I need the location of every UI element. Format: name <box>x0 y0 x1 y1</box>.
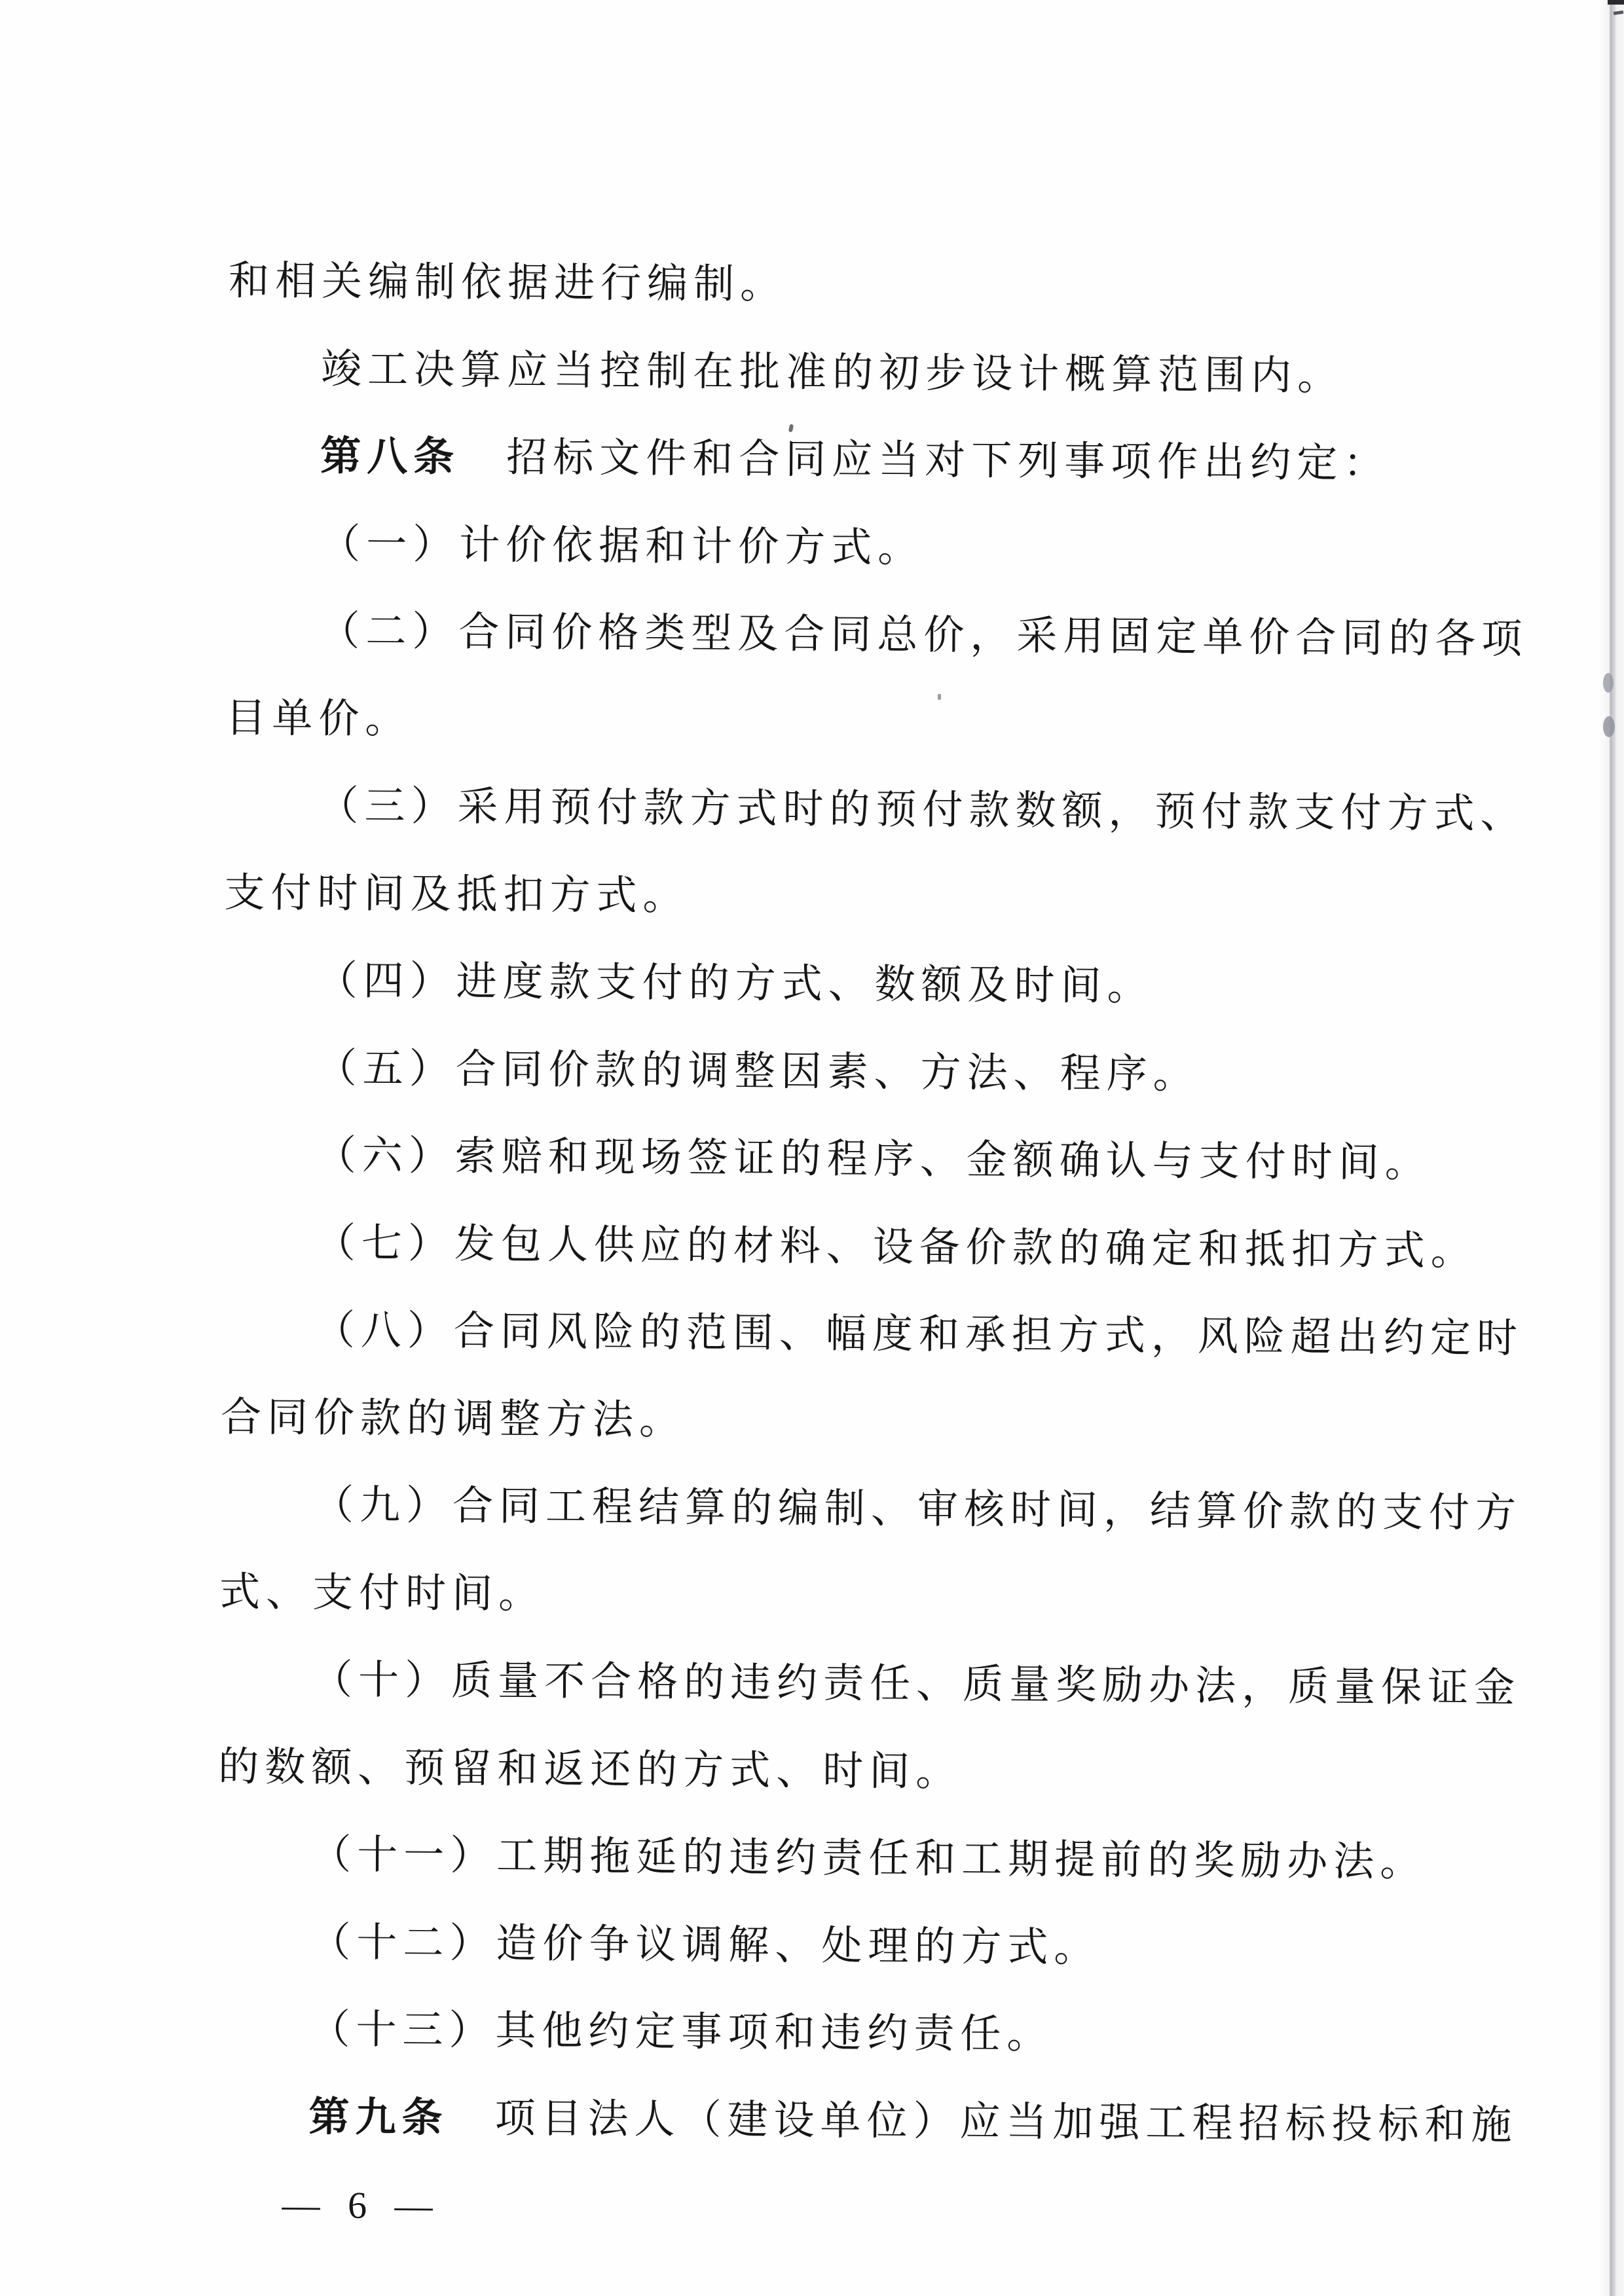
text-line: 竣工决算应当控制在批准的初步设计概算范围内。 <box>0 323 1623 422</box>
body-text: 竣工决算应当控制在批准的初步设计概算范围内。 <box>321 347 1344 399</box>
text-line: （七）发包人供应的材料、设备价款的确定和抵扣方式。 <box>0 1197 1617 1296</box>
scan-speck-artifact <box>938 694 941 700</box>
body-text: 和相关编制依据进行编制。 <box>229 259 786 307</box>
body-text: （四）进度款支付的方式、数额及时间。 <box>316 958 1153 1009</box>
body-text: 支付时间及抵扣方式。 <box>224 871 689 919</box>
body-text: （一）计价依据和计价方式。 <box>320 522 924 570</box>
text-line: （五）合同价款的调整因素、方法、程序。 <box>0 1023 1618 1121</box>
text-line: （三）采用预付款方式时的预付款数额，预付款支付方式、 <box>0 761 1620 860</box>
text-line: 第九条 项目法人（建设单位）应当加强工程招标投标和施 <box>0 2071 1611 2170</box>
text-line: 式、支付时间。 <box>0 1547 1615 1646</box>
article-heading-text: 第九条 <box>308 2095 448 2140</box>
body-text: （三）采用预付款方式时的预付款数额，预付款支付方式、 <box>318 784 1526 837</box>
document-lines: 和相关编制依据进行编制。竣工决算应当控制在批准的初步设计概算范围内。第八条 招标… <box>0 236 1624 2170</box>
scan-edge-line <box>1610 0 1612 2296</box>
text-line: 目单价。 <box>0 673 1621 772</box>
text-line: 合同价款的调整方法。 <box>0 1372 1615 1471</box>
body-text: 目单价。 <box>225 696 411 742</box>
body-text: （十）质量不合格的违约责任、质量奖励办法，质量保证金 <box>312 1658 1521 1711</box>
body-text: （十三）其他约定事项和违约责任。 <box>309 2007 1053 2057</box>
text-line: （九）合同工程结算的编制、审核时间，结算价款的支付方 <box>0 1460 1615 1559</box>
text-line: （八）合同风险的范围、幅度和承担方式，风险超出约定时 <box>0 1285 1616 1384</box>
body-text: （八）合同风险的范围、幅度和承担方式，风险超出约定时 <box>314 1308 1523 1361</box>
text-line: 第八条 招标文件和合同应当对下列事项作出约定： <box>0 411 1623 510</box>
body-text: 的数额、预留和返还的方式、时间。 <box>218 1745 962 1795</box>
body-text: 项目法人（建设单位）应当加强工程招标投标和施 <box>448 2096 1517 2147</box>
body-text: （十一）工期拖延的违约责任和工期提前的奖励办法。 <box>310 1832 1426 1885</box>
body-text: （五）合同价款的调整因素、方法、程序。 <box>316 1046 1199 1097</box>
body-text: 式、支付时间。 <box>219 1570 545 1616</box>
text-line: （十三）其他约定事项和违约责任。 <box>0 1984 1612 2083</box>
body-text: （七）发包人供应的材料、设备价款的确定和抵扣方式。 <box>315 1221 1477 1273</box>
body-text: （二）合同价格类型及合同总价，采用固定单价合同的各项 <box>319 609 1528 662</box>
document-page: 和相关编制依据进行编制。竣工决算应当控制在批准的初步设计概算范围内。第八条 招标… <box>0 0 1624 2296</box>
text-line: （十）质量不合格的违约责任、质量奖励办法，质量保证金 <box>0 1635 1614 1734</box>
body-text: （十二）造价争议调解、处理的方式。 <box>310 1920 1100 1970</box>
text-line: （六）索赔和现场签证的程序、金额确认与支付时间。 <box>0 1110 1617 1209</box>
page-number: — 6 — <box>0 2159 1610 2258</box>
text-line: （十一）工期拖延的违约责任和工期提前的奖励办法。 <box>0 1810 1613 1908</box>
body-text: （九）合同工程结算的编制、审核时间，结算价款的支付方 <box>313 1483 1522 1536</box>
text-line: 的数额、预留和返还的方式、时间。 <box>0 1722 1614 1821</box>
text-line: 和相关编制依据进行编制。 <box>0 236 1624 335</box>
text-line: （四）进度款支付的方式、数额及时间。 <box>0 936 1619 1034</box>
scan-corner-mark <box>1608 0 1624 5</box>
body-text: （六）索赔和现场签证的程序、金额确认与支付时间。 <box>316 1133 1431 1186</box>
body-text: 合同价款的调整方法。 <box>221 1395 686 1443</box>
text-line: （一）计价依据和计价方式。 <box>0 498 1622 597</box>
text-line: 支付时间及抵扣方式。 <box>0 848 1619 947</box>
scan-blob-artifact <box>1603 716 1615 737</box>
text-line: （十二）造价争议调解、处理的方式。 <box>0 1897 1612 1995</box>
body-text: 招标文件和合同应当对下列事项作出约定： <box>460 435 1390 486</box>
text-line: （二）合同价格类型及合同总价，采用固定单价合同的各项 <box>0 586 1621 685</box>
article-heading-text: 第八条 <box>320 434 460 479</box>
scan-blob-artifact <box>1603 673 1614 693</box>
document-text-block: 和相关编制依据进行编制。竣工决算应当控制在批准的初步设计概算范围内。第八条 招标… <box>0 0 1624 2258</box>
